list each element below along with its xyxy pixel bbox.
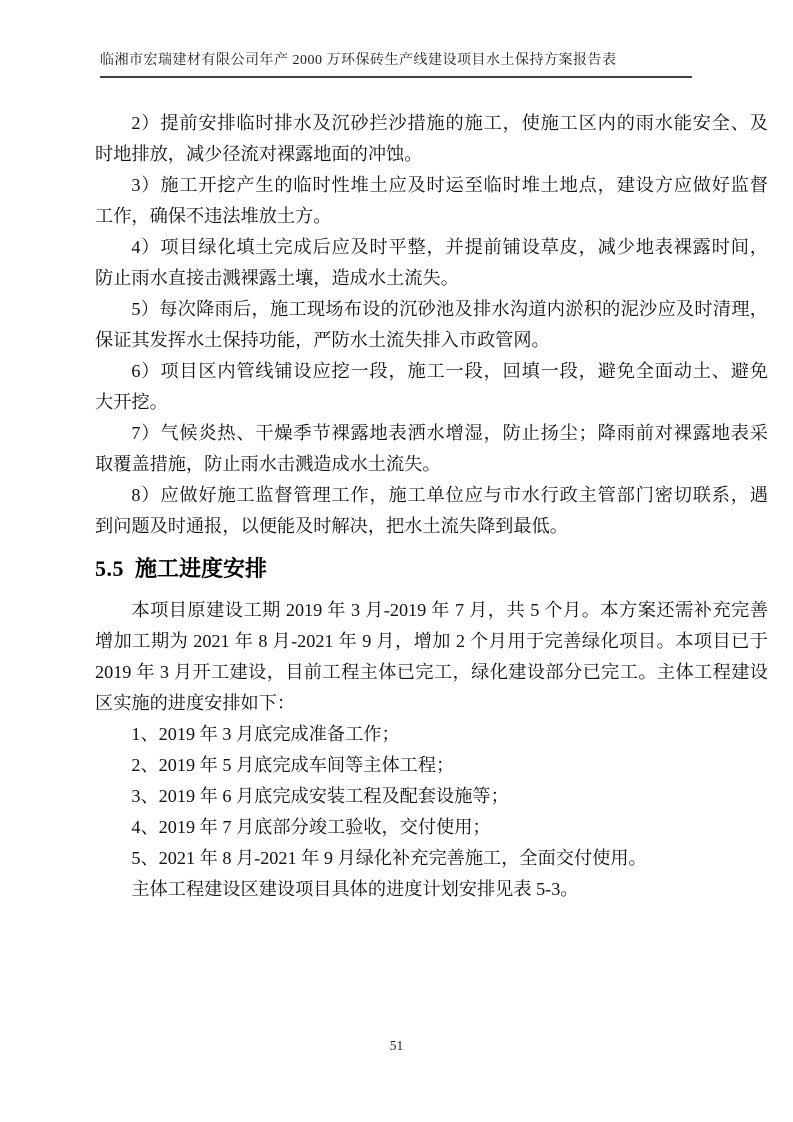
schedule-item: 3、2019 年 6 月底完成安装工程及配套设施等； xyxy=(95,781,768,812)
body-paragraph: 6）项目区内管线铺设应挖一段，施工一段，回填一段，避免全面动土、避免 大开挖。 xyxy=(95,356,768,418)
paragraph-line: 4）项目绿化填土完成后应及时平整，并提前铺设草皮，减少地表裸露时间， xyxy=(95,232,768,263)
paragraph-line: 到问题及时通报，以便能及时解决，把水土流失降到最低。 xyxy=(95,511,768,542)
paragraph-line: 取覆盖措施，防止雨水击溅造成水土流失。 xyxy=(95,449,768,480)
body-paragraph: 3）施工开挖产生的临时性堆土应及时运至临时堆土地点，建设方应做好监督 工作，确保… xyxy=(95,170,768,232)
body-paragraph: 5）每次降雨后，施工现场布设的沉砂池及排水沟道内淤积的泥沙应及时清理， 保证其发… xyxy=(95,294,768,356)
body-paragraph: 8）应做好施工监督管理工作，施工单位应与市水行政主管部门密切联系，遇 到问题及时… xyxy=(95,480,768,542)
paragraph-line: 2019 年 3 月开工建设，目前工程主体已完工，绿化建设部分已完工。主体工程建… xyxy=(95,657,768,688)
schedule-list: 1、2019 年 3 月底完成准备工作； 2、2019 年 5 月底完成车间等主… xyxy=(95,719,768,905)
schedule-item: 4、2019 年 7 月底部分竣工验收，交付使用； xyxy=(95,812,768,843)
paragraph-line: 区实施的进度安排如下： xyxy=(95,688,768,719)
paragraph-line: 增加工期为 2021 年 8 月-2021 年 9 月，增加 2 个月用于完善绿… xyxy=(95,626,768,657)
body-paragraph: 7）气候炎热、干燥季节裸露地表洒水增湿，防止扬尘；降雨前对裸露地表采 取覆盖措施… xyxy=(95,418,768,480)
paragraph-line: 工作，确保不违法堆放土方。 xyxy=(95,201,768,232)
schedule-item: 2、2019 年 5 月底完成车间等主体工程； xyxy=(95,750,768,781)
schedule-item: 1、2019 年 3 月底完成准备工作； xyxy=(95,719,768,750)
document-page: 临湘市宏瑞建材有限公司年产 2000 万环保砖生产线建设项目水土保持方案报告表 … xyxy=(0,0,793,1122)
paragraph-line: 7）气候炎热、干燥季节裸露地表洒水增湿，防止扬尘；降雨前对裸露地表采 xyxy=(95,418,768,449)
paragraph-line: 本项目原建设工期 2019 年 3 月-2019 年 7 月，共 5 个月。本方… xyxy=(95,595,768,626)
schedule-item: 5、2021 年 8 月-2021 年 9 月绿化补充完善施工，全面交付使用。 xyxy=(95,843,768,874)
paragraph-line: 8）应做好施工监督管理工作，施工单位应与市水行政主管部门密切联系，遇 xyxy=(95,480,768,511)
header-title: 临湘市宏瑞建材有限公司年产 2000 万环保砖生产线建设项目水土保持方案报告表 xyxy=(100,53,617,68)
paragraph-line: 保证其发挥水土保持功能，严防水土流失排入市政管网。 xyxy=(95,325,768,356)
page-number: 51 xyxy=(390,1038,404,1053)
body-paragraph: 2）提前安排临时排水及沉砂拦沙措施的施工，使施工区内的雨水能安全、及 时地排放，… xyxy=(95,108,768,170)
paragraph-line: 3）施工开挖产生的临时性堆土应及时运至临时堆土地点，建设方应做好监督 xyxy=(95,170,768,201)
paragraph-line: 2）提前安排临时排水及沉砂拦沙措施的施工，使施工区内的雨水能安全、及 xyxy=(95,108,768,139)
body-paragraph: 4）项目绿化填土完成后应及时平整，并提前铺设草皮，减少地表裸露时间， 防止雨水直… xyxy=(95,232,768,294)
section-intro-paragraph: 本项目原建设工期 2019 年 3 月-2019 年 7 月，共 5 个月。本方… xyxy=(95,595,768,719)
paragraph-line: 时地排放，减少径流对裸露地面的冲蚀。 xyxy=(95,139,768,170)
page-header: 临湘市宏瑞建材有限公司年产 2000 万环保砖生产线建设项目水土保持方案报告表 xyxy=(100,52,692,78)
paragraph-line: 大开挖。 xyxy=(95,387,768,418)
paragraph-line: 防止雨水直接击溅裸露土壤，造成水土流失。 xyxy=(95,263,768,294)
paragraph-line: 6）项目区内管线铺设应挖一段，施工一段，回填一段，避免全面动土、避免 xyxy=(95,356,768,387)
page-footer: 51 xyxy=(0,1038,793,1054)
document-body: 2）提前安排临时排水及沉砂拦沙措施的施工，使施工区内的雨水能安全、及 时地排放，… xyxy=(95,108,768,905)
section-heading: 5.5施工进度安排 xyxy=(95,553,768,584)
section-number: 5.5 xyxy=(95,556,124,581)
section-title: 施工进度安排 xyxy=(135,556,267,581)
paragraph-line: 5）每次降雨后，施工现场布设的沉砂池及排水沟道内淤积的泥沙应及时清理， xyxy=(95,294,768,325)
closing-line: 主体工程建设区建设项目具体的进度计划安排见表 5-3。 xyxy=(95,874,768,905)
